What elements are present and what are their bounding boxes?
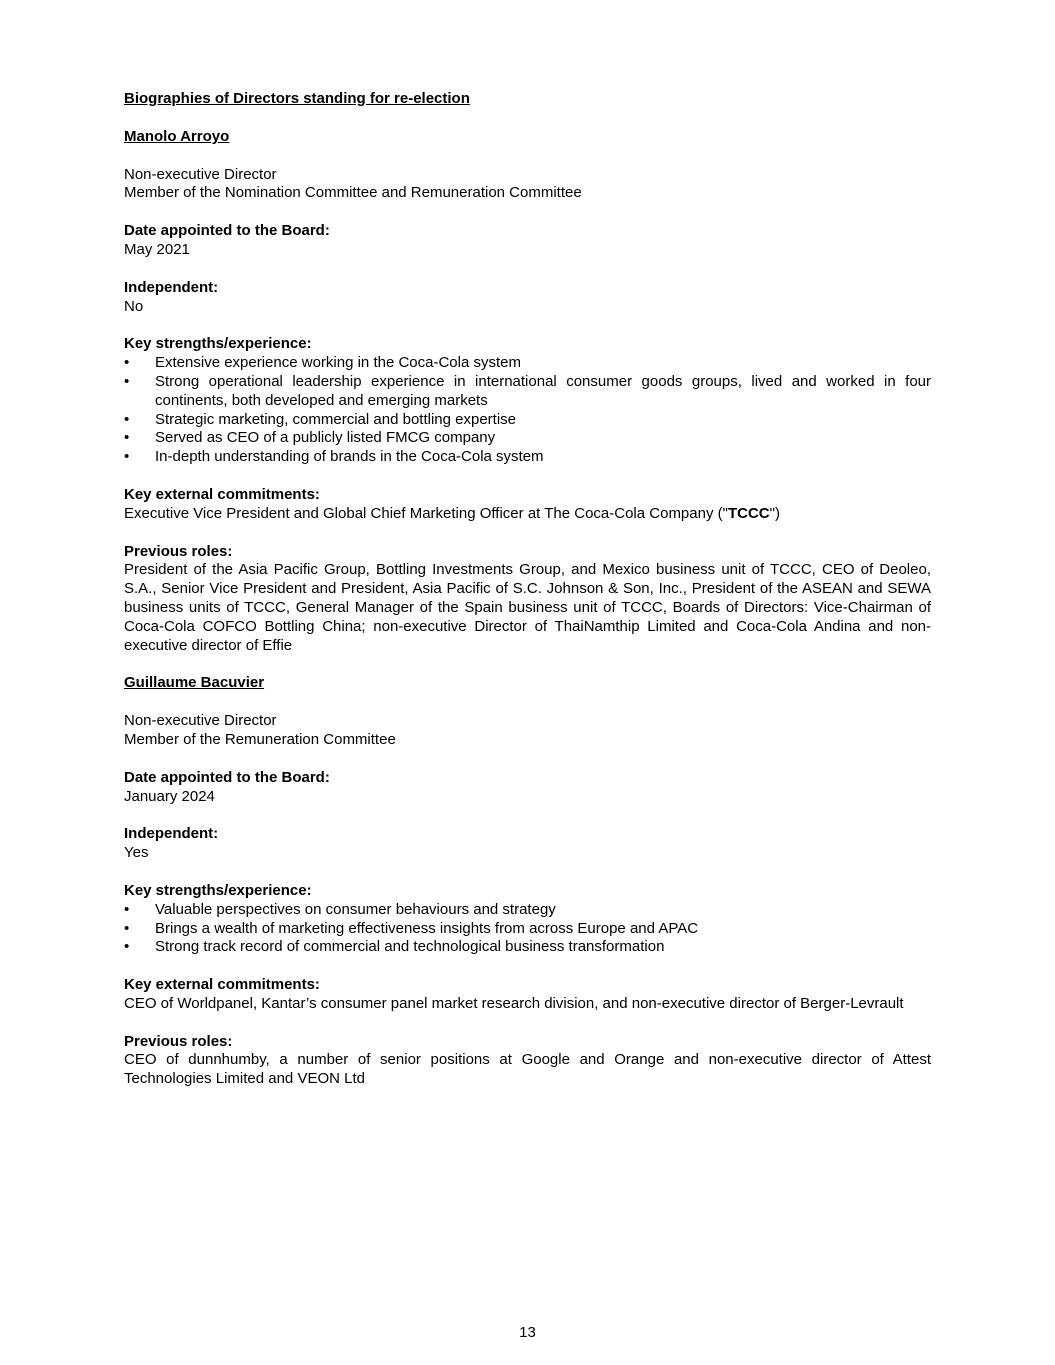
director-roles: Non-executive Director Member of the Rem… — [124, 712, 931, 750]
list-item: •Strong operational leadership experienc… — [124, 373, 931, 411]
role-line: Member of the Nomination Committee and R… — [124, 184, 931, 203]
section-label: Previous roles: — [124, 543, 931, 562]
bullet-icon: • — [124, 354, 129, 373]
commitments-abbreviation: TCCC — [728, 505, 770, 522]
bullet-icon: • — [124, 429, 129, 448]
commitments-section: Key external commitments: CEO of Worldpa… — [124, 976, 931, 1014]
date-appointed-section: Date appointed to the Board: May 2021 — [124, 222, 931, 260]
bullet-icon: • — [124, 901, 129, 920]
strengths-list: •Extensive experience working in the Coc… — [124, 354, 931, 467]
director-roles: Non-executive Director Member of the Nom… — [124, 166, 931, 204]
independent-value: No — [124, 298, 931, 317]
section-label: Independent: — [124, 279, 931, 298]
section-label: Date appointed to the Board: — [124, 222, 931, 241]
previous-roles-text: President of the Asia Pacific Group, Bot… — [124, 561, 931, 655]
section-label: Date appointed to the Board: — [124, 769, 931, 788]
list-item-text: Strategic marketing, commercial and bott… — [155, 411, 516, 428]
list-item: •In-depth understanding of brands in the… — [124, 448, 931, 467]
previous-roles-text: CEO of dunnhumby, a number of senior pos… — [124, 1051, 931, 1089]
section-label: Key external commitments: — [124, 976, 931, 995]
bullet-icon: • — [124, 920, 129, 939]
list-item-text: Strong operational leadership experience… — [155, 373, 931, 409]
commitments-prefix: Executive Vice President and Global Chie… — [124, 505, 728, 522]
date-appointed-value: May 2021 — [124, 241, 931, 260]
bullet-icon: • — [124, 373, 129, 392]
list-item: •Strategic marketing, commercial and bot… — [124, 411, 931, 430]
strengths-section: Key strengths/experience: •Extensive exp… — [124, 335, 931, 467]
list-item: •Brings a wealth of marketing effectiven… — [124, 920, 931, 939]
list-item-text: In-depth understanding of brands in the … — [155, 448, 544, 465]
commitments-section: Key external commitments: Executive Vice… — [124, 486, 931, 524]
list-item: •Extensive experience working in the Coc… — [124, 354, 931, 373]
director-name: Guillaume Bacuvier — [124, 674, 931, 693]
list-item-text: Valuable perspectives on consumer behavi… — [155, 901, 556, 918]
date-appointed-value: January 2024 — [124, 788, 931, 807]
role-line: Member of the Remuneration Committee — [124, 731, 931, 750]
director-manolo-arroyo: Manolo Arroyo Non-executive Director Mem… — [124, 128, 931, 656]
strengths-section: Key strengths/experience: •Valuable pers… — [124, 882, 931, 957]
date-appointed-section: Date appointed to the Board: January 202… — [124, 769, 931, 807]
commitments-text: Executive Vice President and Global Chie… — [124, 505, 931, 524]
list-item-text: Strong track record of commercial and te… — [155, 938, 664, 955]
list-item: •Strong track record of commercial and t… — [124, 938, 931, 957]
independent-section: Independent: Yes — [124, 825, 931, 863]
section-label: Key strengths/experience: — [124, 882, 931, 901]
strengths-list: •Valuable perspectives on consumer behav… — [124, 901, 931, 957]
bullet-icon: • — [124, 938, 129, 957]
previous-roles-section: Previous roles: CEO of dunnhumby, a numb… — [124, 1033, 931, 1089]
document-page: Biographies of Directors standing for re… — [124, 90, 931, 1108]
bullet-icon: • — [124, 411, 129, 430]
list-item-text: Served as CEO of a publicly listed FMCG … — [155, 429, 495, 446]
document-title: Biographies of Directors standing for re… — [124, 90, 931, 109]
section-label: Previous roles: — [124, 1033, 931, 1052]
section-label: Key external commitments: — [124, 486, 931, 505]
director-guillaume-bacuvier: Guillaume Bacuvier Non-executive Directo… — [124, 674, 931, 1089]
section-label: Key strengths/experience: — [124, 335, 931, 354]
commitments-text: CEO of Worldpanel, Kantar’s consumer pan… — [124, 995, 931, 1014]
list-item-text: Extensive experience working in the Coca… — [155, 354, 521, 371]
director-name: Manolo Arroyo — [124, 128, 931, 147]
bullet-icon: • — [124, 448, 129, 467]
list-item: •Valuable perspectives on consumer behav… — [124, 901, 931, 920]
commitments-suffix: ") — [770, 505, 780, 522]
section-label: Independent: — [124, 825, 931, 844]
previous-roles-section: Previous roles: President of the Asia Pa… — [124, 543, 931, 656]
page-number: 13 — [0, 1324, 1055, 1343]
list-item: •Served as CEO of a publicly listed FMCG… — [124, 429, 931, 448]
list-item-text: Brings a wealth of marketing effectivene… — [155, 920, 698, 937]
independent-section: Independent: No — [124, 279, 931, 317]
independent-value: Yes — [124, 844, 931, 863]
role-line: Non-executive Director — [124, 712, 931, 731]
role-line: Non-executive Director — [124, 166, 931, 185]
